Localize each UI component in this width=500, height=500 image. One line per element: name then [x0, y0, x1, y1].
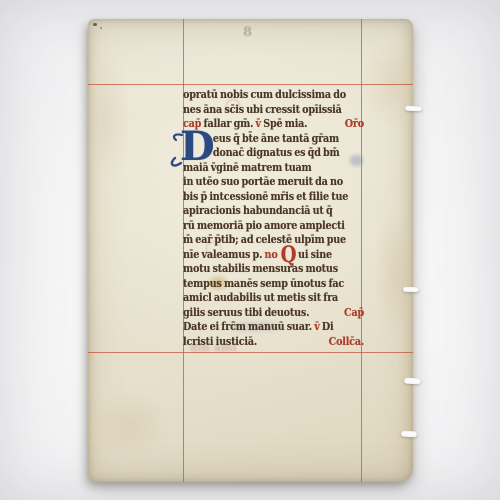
text-line: tempus manēs semp ūnotus fac — [183, 276, 333, 291]
text-line: in utēo suo portāe meruit da no — [183, 174, 333, 189]
text-segment: maiā v̄ginē matrem tuam — [183, 160, 311, 174]
text-segment: opratū nobis cum dulcissima do — [183, 87, 346, 101]
text-line: rū memoriā pio amore amplecti — [183, 218, 333, 233]
text-segment: no — [265, 247, 280, 261]
text-line: gilis seruus tibi deuotus. Cap̄ — [183, 305, 364, 320]
stitch-mark — [403, 287, 419, 292]
text-line: maiā v̄ginē matrem tuam — [183, 160, 333, 175]
text-line: m̄ ear̄ p̄tib; ad celestē ulpīm pue — [183, 232, 333, 247]
aging-patch — [373, 209, 419, 339]
stitch-mark — [401, 431, 417, 438]
ruling-line-bottom — [88, 352, 413, 353]
text-line: Date ei frc̄m manuū suar. v̄ Di — [183, 319, 333, 334]
text-segment: bis p̄ intcessionē mr̄is et filie tue — [183, 189, 348, 203]
ruling-line-top — [88, 84, 413, 85]
text-segment: m̄ ear̄ p̄tib; ad celestē ulpīm pue — [183, 232, 346, 246]
corner-speck — [93, 23, 97, 26]
text-line: cap̄ fallar gm̄. v̄ Spē mia. Or̄o — [183, 116, 364, 131]
stitch-mark — [405, 106, 422, 112]
text-line: nīe valeamus p. no Qui sine — [183, 247, 333, 262]
text-line: eus q̄ bt̄e āne tantā gr̄am — [183, 131, 333, 146]
line-left-group: cap̄ fallar gm̄. v̄ Spē mia. — [183, 116, 307, 131]
faint-page-number: 8 — [243, 25, 252, 40]
text-line: nes āna sc̄is ubi cressit opīissiā — [183, 102, 333, 117]
text-line: amicl audabilis ut metis sit fra — [183, 290, 333, 305]
text-segment: Or̄o — [345, 116, 364, 131]
text-segment: donac̄ dignatus es q̄d bm̄ — [213, 145, 340, 159]
manuscript-leaf: 8 din amī D opratū nobis cum dulcissima … — [88, 19, 413, 482]
text-segment: nes āna sc̄is ubi cressit opīissiā — [183, 102, 342, 116]
initial-q-letter: Q — [281, 250, 297, 260]
aging-patch — [90, 389, 170, 459]
text-segment: tempus manēs semp ūnotus fac — [183, 276, 344, 290]
photograph-background: 8 din amī D opratū nobis cum dulcissima … — [0, 0, 500, 500]
text-segment: motu stabilis mensuras motus — [183, 261, 338, 275]
text-line: donac̄ dignatus es q̄d bm̄ — [183, 145, 333, 160]
text-line: bis p̄ intcessionē mr̄is et filie tue — [183, 189, 333, 204]
text-segment: in utēo suo portāe meruit da no — [183, 174, 343, 188]
text-segment: ui sine — [298, 247, 332, 261]
line-left-group: lcristi iusticiā. — [183, 334, 257, 349]
text-block: opratū nobis cum dulcissima dones āna sc… — [183, 87, 364, 348]
text-segment: nīe valeamus p. — [183, 247, 265, 261]
text-line: lcristi iusticiā. Collc̄a. — [183, 334, 364, 349]
text-segment: eus q̄ bt̄e āne tantā gr̄am — [213, 131, 339, 145]
line-left-group: gilis seruus tibi deuotus. — [183, 305, 309, 320]
aging-patch — [82, 59, 132, 179]
corner-speck — [100, 27, 102, 29]
text-segment: rū memoriā pio amore amplecti — [183, 218, 345, 232]
text-segment: fallar gm̄. — [204, 116, 256, 130]
text-segment: Cap̄ — [344, 305, 364, 320]
text-segment: Collc̄a. — [329, 334, 364, 349]
text-segment: v̄ — [256, 116, 264, 130]
text-line: motu stabilis mensuras motus — [183, 261, 333, 276]
text-segment: apiracionis habundanciā ut q̄ — [183, 203, 333, 217]
text-line: opratū nobis cum dulcissima do — [183, 87, 333, 102]
text-line: apiracionis habundanciā ut q̄ — [183, 203, 333, 218]
text-segment: Di — [322, 319, 334, 333]
text-segment: amicl audabilis ut metis sit fra — [183, 290, 338, 304]
text-segment: lcristi iusticiā. — [183, 334, 257, 348]
stitch-mark — [404, 378, 421, 385]
text-segment: Spē mia. — [263, 116, 307, 130]
text-segment: gilis seruus tibi deuotus. — [183, 305, 309, 319]
text-segment: cap̄ — [183, 116, 204, 130]
text-segment: Date ei frc̄m manuū suar. — [183, 319, 314, 333]
